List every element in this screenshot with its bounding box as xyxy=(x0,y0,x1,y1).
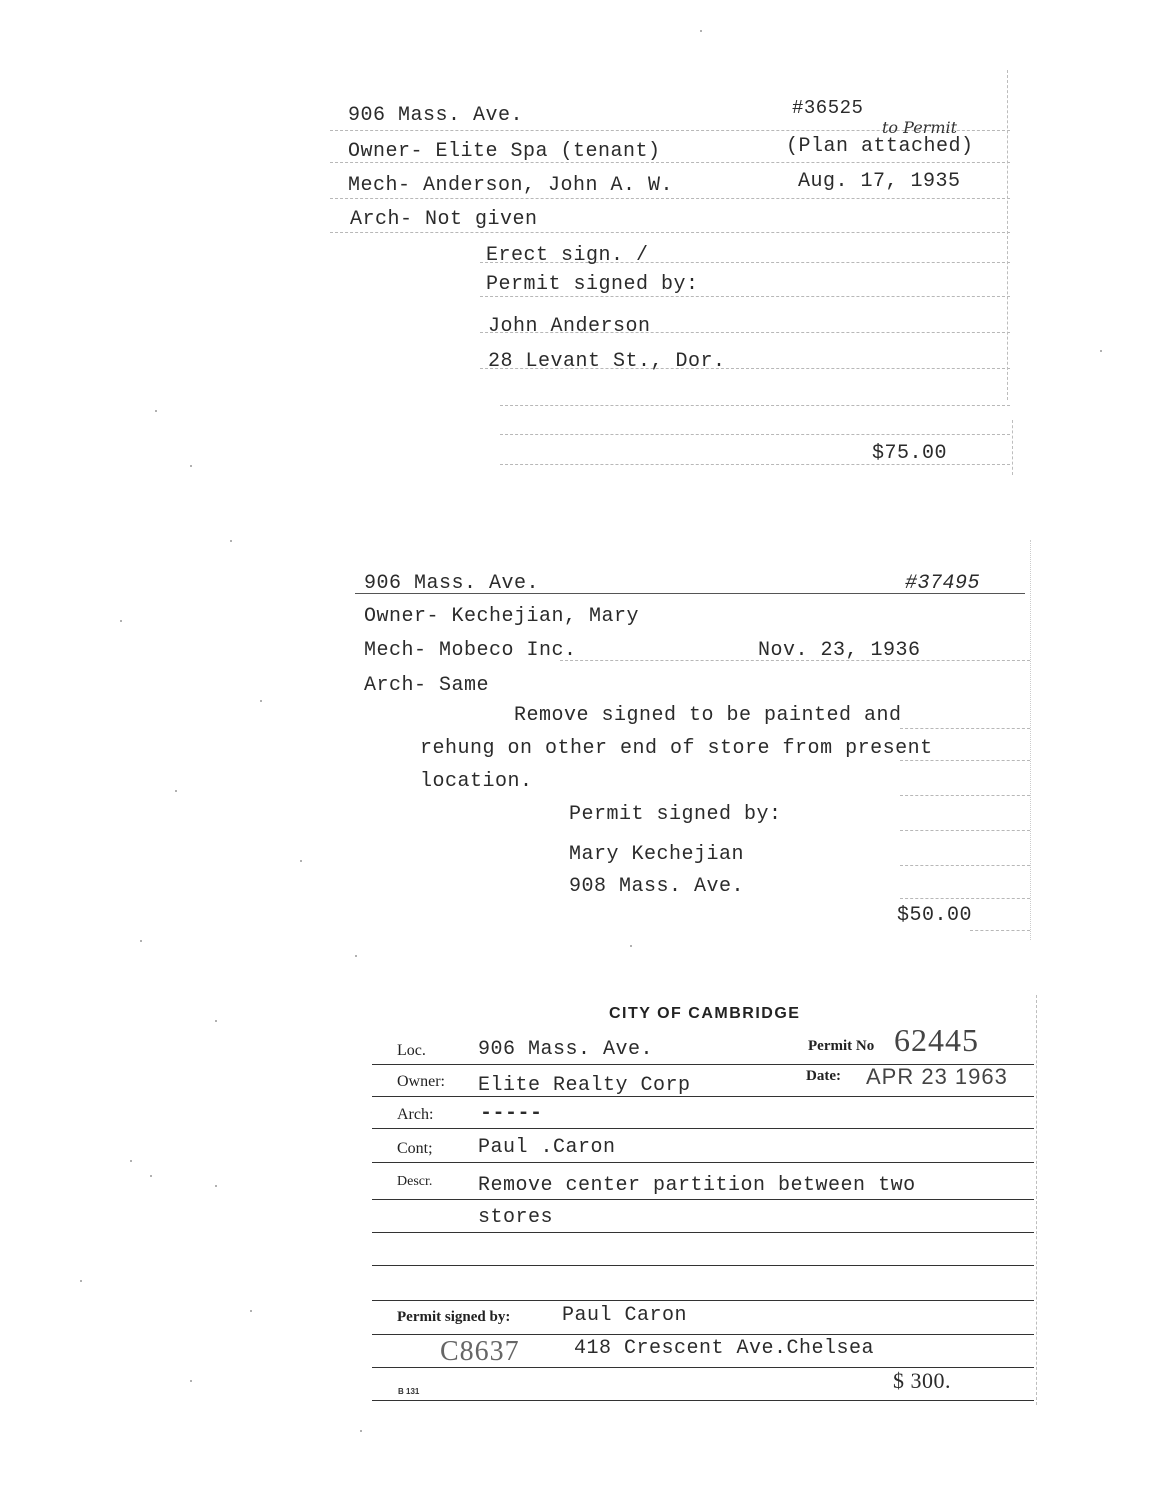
date-label: Date: xyxy=(806,1068,841,1085)
owner-value: Elite Realty Corp xyxy=(478,1074,691,1097)
rule-line xyxy=(372,1232,1034,1233)
rule-line xyxy=(900,728,1030,729)
rule-line xyxy=(970,930,1030,931)
rule-line xyxy=(372,1199,1034,1200)
owner: Owner- Elite Spa (tenant) xyxy=(348,140,661,163)
signer-address: 28 Levant St., Dor. xyxy=(488,350,726,373)
description-line-1: Remove signed to be painted and xyxy=(514,704,902,727)
rule-line xyxy=(500,434,1010,435)
fee: $ 300. xyxy=(893,1368,951,1394)
rule-line xyxy=(900,898,1030,899)
description-line-3: location. xyxy=(420,770,533,793)
mechanic: Mech- Anderson, John A. W. xyxy=(348,174,673,197)
fee: $50.00 xyxy=(897,904,972,927)
rule-line xyxy=(372,1162,1034,1163)
card-edge xyxy=(1036,995,1037,1405)
rule-line xyxy=(372,1096,1034,1097)
cont-value: Paul .Caron xyxy=(478,1136,616,1159)
location: 906 Mass. Ave. xyxy=(364,572,539,595)
permit-number: #37495 xyxy=(905,572,980,595)
card-edge xyxy=(1007,70,1008,400)
date-value: APR 23 1963 xyxy=(866,1064,1008,1090)
descr-label: Descr. xyxy=(397,1174,432,1190)
form-code: B 131 xyxy=(398,1387,419,1396)
plan-attached-note: (Plan attached) xyxy=(786,135,974,158)
signer-address: 908 Mass. Ave. xyxy=(569,875,744,898)
fee: $75.00 xyxy=(872,442,947,465)
rule-line xyxy=(372,1300,1034,1301)
arch-label: Arch: xyxy=(397,1106,433,1124)
location: 906 Mass. Ave. xyxy=(348,104,523,127)
rule-line xyxy=(900,760,1030,761)
permit-date: Nov. 23, 1936 xyxy=(758,639,921,662)
owner-label: Owner: xyxy=(397,1073,445,1091)
form-header: CITY OF CAMBRIDGE xyxy=(609,1005,800,1023)
permit-no-label: Permit No xyxy=(808,1038,874,1055)
signer-name: Mary Kechejian xyxy=(569,843,744,866)
arch-value: ----- xyxy=(480,1102,543,1125)
signed-by-label: Permit signed by: xyxy=(569,803,782,826)
rule-line xyxy=(900,865,1030,866)
descr-line-1: Remove center partition between two xyxy=(478,1174,916,1197)
signed-by-value: Paul Caron xyxy=(562,1304,687,1327)
contractor-address: 418 Crescent Ave.Chelsea xyxy=(574,1337,874,1360)
mechanic: Mech- Mobeco Inc. xyxy=(364,639,577,662)
permit-date: Aug. 17, 1935 xyxy=(798,170,961,193)
rule-line xyxy=(480,296,1010,297)
rule-line xyxy=(900,795,1030,796)
rule-line xyxy=(330,232,1010,233)
rule-line xyxy=(372,1334,1034,1335)
architect: Arch- Not given xyxy=(350,208,538,231)
rule-line xyxy=(900,830,1030,831)
owner: Owner- Kechejian, Mary xyxy=(364,605,639,628)
cont-label: Cont; xyxy=(397,1140,433,1158)
rule-line xyxy=(372,1265,1034,1266)
rule-line xyxy=(372,1400,1034,1401)
signed-by-label: Permit signed by: xyxy=(486,273,699,296)
rule-line xyxy=(330,198,1010,199)
stamp-number: C8637 xyxy=(440,1336,520,1368)
card-edge xyxy=(1012,420,1013,475)
description-line-2: rehung on other end of store from presen… xyxy=(420,737,933,760)
signed-by-label: Permit signed by: xyxy=(397,1309,510,1326)
rule-line xyxy=(372,1128,1034,1129)
descr-line-2: stores xyxy=(478,1206,553,1229)
rule-line xyxy=(500,405,1010,406)
permit-number: #36525 xyxy=(792,97,863,119)
signer-name: John Anderson xyxy=(488,315,651,338)
card-edge xyxy=(1030,540,1031,940)
description: Erect sign. / xyxy=(486,244,649,267)
loc-label: Loc. xyxy=(397,1042,426,1060)
permit-no-value: 62445 xyxy=(894,1022,979,1059)
loc-value: 906 Mass. Ave. xyxy=(478,1038,653,1061)
architect: Arch- Same xyxy=(364,674,489,697)
